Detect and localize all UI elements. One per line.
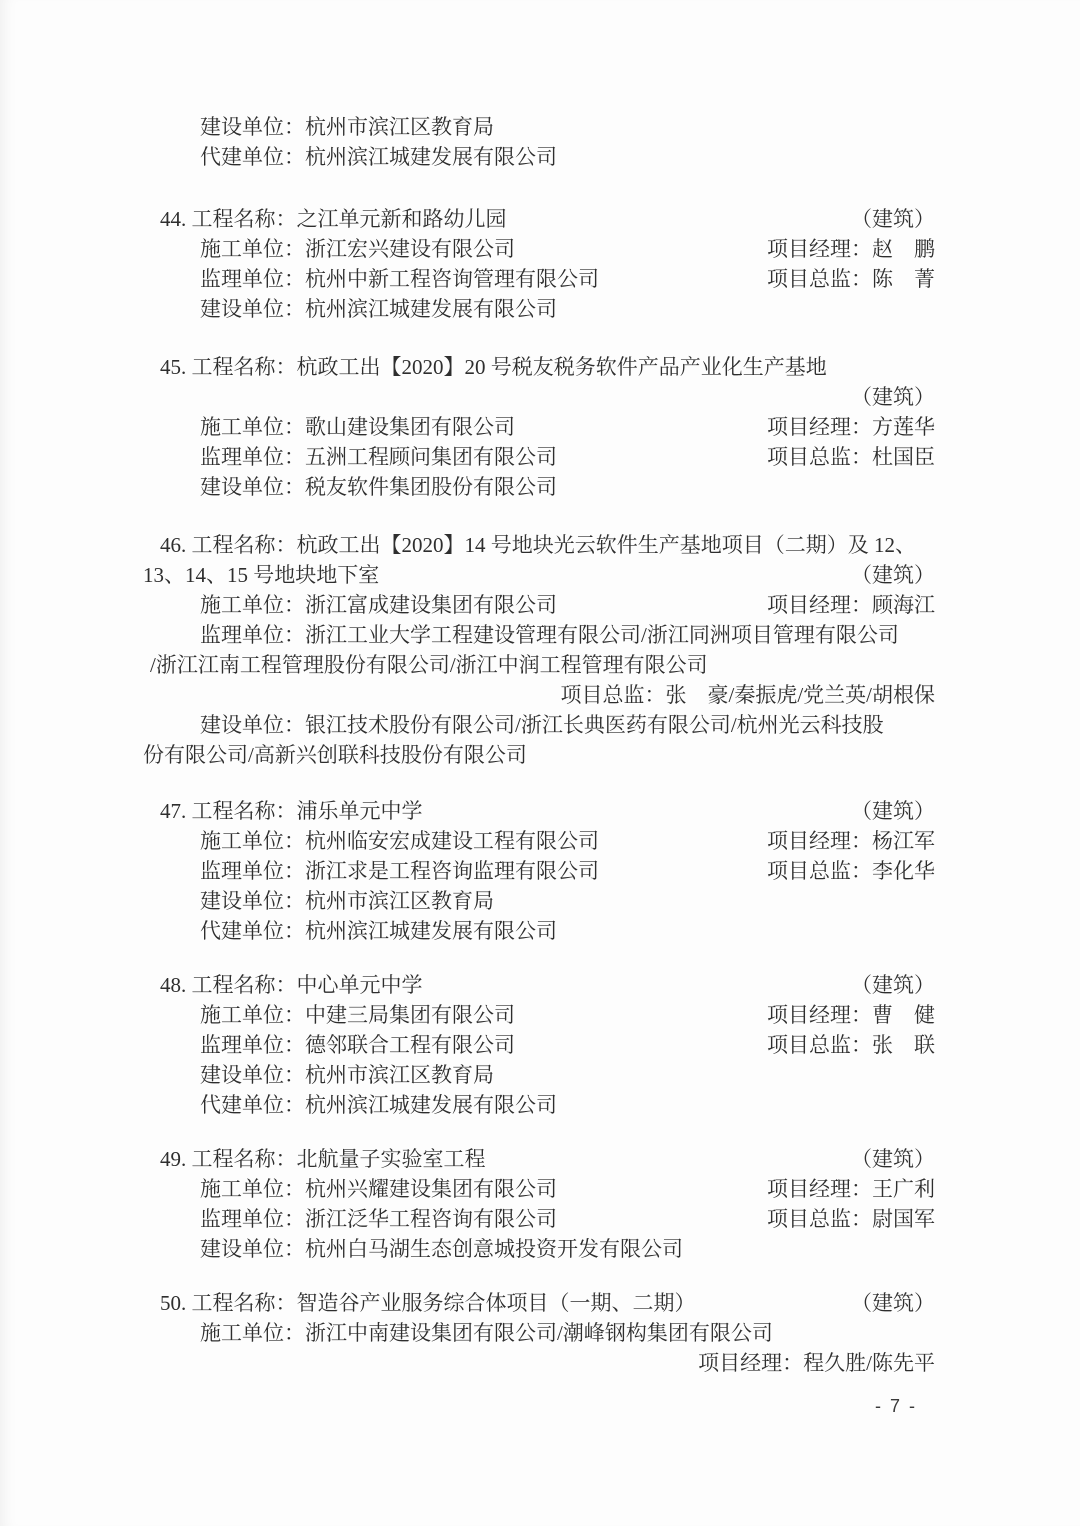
- project-field-row: 代建单位：杭州滨江城建发展有限公司: [143, 916, 935, 946]
- field-text: 建设单位：税友软件集团股份有限公司: [200, 472, 557, 502]
- project-title: 46. 工程名称：杭政工出【2020】14 号地块光云软件生产基地项目（二期）及…: [160, 530, 916, 560]
- field-text: 监理单位：浙江求是工程咨询监理有限公司: [200, 856, 599, 886]
- role-text: 项目经理：方莲华: [767, 412, 935, 442]
- project-category: （建筑）: [851, 1288, 935, 1318]
- project-field-row: 施工单位：中建三局集团有限公司 项目经理：曹 健: [143, 1000, 935, 1030]
- project-field-row: 建设单位：杭州滨江城建发展有限公司: [143, 294, 935, 324]
- role-text: 项目总监：尉国军: [767, 1204, 935, 1234]
- project-field-row: 施工单位：浙江中南建设集团有限公司/潮峰钢构集团有限公司: [143, 1318, 935, 1348]
- page-number: - 7 -: [143, 1396, 935, 1417]
- role-text: 项目经理：赵 鹏: [767, 234, 935, 264]
- project-field-row: 监理单位：五洲工程顾问集团有限公司 项目总监：杜国臣: [143, 442, 935, 472]
- field-text: 代建单位：杭州滨江城建发展有限公司: [200, 916, 557, 946]
- project-block-45: 45. 工程名称：杭政工出【2020】20 号税友税务软件产品产业化生产基地 （…: [143, 352, 935, 502]
- field-text: 监理单位：浙江工业大学工程建设管理有限公司/浙江同洲项目管理有限公司: [200, 620, 899, 650]
- field-text: 建设单位：杭州市滨江区教育局: [200, 886, 494, 916]
- project-category: （建筑）: [851, 1144, 935, 1174]
- project-field-row: 建设单位：杭州白马湖生态创意城投资开发有限公司: [143, 1234, 935, 1264]
- project-field-row: 建设单位：杭州市滨江区教育局: [143, 1060, 935, 1090]
- project-block-48: 48. 工程名称：中心单元中学 （建筑） 施工单位：中建三局集团有限公司 项目经…: [143, 970, 935, 1120]
- field-text: 施工单位：中建三局集团有限公司: [200, 1000, 515, 1030]
- role-text: 项目总监：张 豪/秦振虎/党兰英/胡根保: [560, 680, 935, 710]
- role-text: 项目经理：曹 健: [767, 1000, 935, 1030]
- carryover-line: 建设单位：杭州市滨江区教育局: [143, 112, 935, 142]
- role-text: 项目总监：张 联: [767, 1030, 935, 1060]
- field-text: 建设单位：杭州市滨江区教育局: [200, 1060, 494, 1090]
- project-category: （建筑）: [851, 382, 935, 412]
- carryover-block: 建设单位：杭州市滨江区教育局 代建单位：杭州滨江城建发展有限公司: [143, 112, 935, 172]
- field-text: 代建单位：杭州滨江城建发展有限公司: [200, 142, 557, 172]
- project-role-row: 项目经理：程久胜/陈先平: [143, 1348, 935, 1378]
- project-field-row: 监理单位：杭州中新工程咨询管理有限公司 项目总监：陈 菁: [143, 264, 935, 294]
- project-category: （建筑）: [851, 204, 935, 234]
- field-text: 建设单位：杭州市滨江区教育局: [200, 112, 494, 142]
- project-field-row: 监理单位：德邻联合工程有限公司 项目总监：张 联: [143, 1030, 935, 1060]
- field-text: 监理单位：五洲工程顾问集团有限公司: [200, 442, 557, 472]
- project-title: 47. 工程名称：浦乐单元中学: [160, 796, 423, 826]
- field-text: 施工单位：浙江中南建设集团有限公司/潮峰钢构集团有限公司: [200, 1318, 773, 1348]
- field-text: 建设单位：杭州滨江城建发展有限公司: [200, 294, 557, 324]
- project-field-row: 代建单位：杭州滨江城建发展有限公司: [143, 1090, 935, 1120]
- field-text: 代建单位：杭州滨江城建发展有限公司: [200, 1090, 557, 1120]
- project-title: 44. 工程名称：之江单元新和路幼儿园: [160, 204, 507, 234]
- role-text: 项目总监：陈 菁: [767, 264, 935, 294]
- project-title-wrap-row: 13、14、15 号地块地下室 （建筑）: [143, 560, 935, 590]
- project-field-row: 监理单位：浙江工业大学工程建设管理有限公司/浙江同洲项目管理有限公司: [143, 620, 935, 650]
- project-title-row: 46. 工程名称：杭政工出【2020】14 号地块光云软件生产基地项目（二期）及…: [143, 530, 935, 560]
- field-text: 监理单位：杭州中新工程咨询管理有限公司: [200, 264, 599, 294]
- project-title-continued: 13、14、15 号地块地下室: [143, 560, 379, 590]
- project-block-44: 44. 工程名称：之江单元新和路幼儿园 （建筑） 施工单位：浙江宏兴建设有限公司…: [143, 204, 935, 324]
- field-text: 建设单位：杭州白马湖生态创意城投资开发有限公司: [200, 1234, 683, 1264]
- project-block-46: 46. 工程名称：杭政工出【2020】14 号地块光云软件生产基地项目（二期）及…: [143, 530, 935, 770]
- project-field-row: 建设单位：杭州市滨江区教育局: [143, 886, 935, 916]
- project-category: （建筑）: [851, 796, 935, 826]
- project-block-50: 50. 工程名称：智造谷产业服务综合体项目（一期、二期） （建筑） 施工单位：浙…: [143, 1288, 935, 1378]
- role-text: 项目经理：王广利: [767, 1174, 935, 1204]
- project-category: （建筑）: [851, 970, 935, 1000]
- document-page: 建设单位：杭州市滨江区教育局 代建单位：杭州滨江城建发展有限公司 44. 工程名…: [0, 0, 1080, 1526]
- project-block-49: 49. 工程名称：北航量子实验室工程 （建筑） 施工单位：杭州兴耀建设集团有限公…: [143, 1144, 935, 1264]
- project-block-47: 47. 工程名称：浦乐单元中学 （建筑） 施工单位：杭州临安宏成建设工程有限公司…: [143, 796, 935, 946]
- project-field-row: 建设单位：税友软件集团股份有限公司: [143, 472, 935, 502]
- project-field-row: 施工单位：歌山建设集团有限公司 项目经理：方莲华: [143, 412, 935, 442]
- field-text: 施工单位：歌山建设集团有限公司: [200, 412, 515, 442]
- project-field-wrap-row: 份有限公司/高新兴创联科技股份有限公司: [143, 740, 935, 770]
- project-field-row: 施工单位：杭州兴耀建设集团有限公司 项目经理：王广利: [143, 1174, 935, 1204]
- project-title-row: 45. 工程名称：杭政工出【2020】20 号税友税务软件产品产业化生产基地: [143, 352, 935, 382]
- project-title: 50. 工程名称：智造谷产业服务综合体项目（一期、二期）: [160, 1288, 696, 1318]
- project-field-row: 施工单位：浙江宏兴建设有限公司 项目经理：赵 鹏: [143, 234, 935, 264]
- project-title-row: 50. 工程名称：智造谷产业服务综合体项目（一期、二期） （建筑）: [143, 1288, 935, 1318]
- project-title-row: 47. 工程名称：浦乐单元中学 （建筑）: [143, 796, 935, 826]
- project-title: 45. 工程名称：杭政工出【2020】20 号税友税务软件产品产业化生产基地: [160, 352, 827, 382]
- field-text: 施工单位：浙江宏兴建设有限公司: [200, 234, 515, 264]
- project-category-row: （建筑）: [143, 382, 935, 412]
- field-text: 施工单位：杭州临安宏成建设工程有限公司: [200, 826, 599, 856]
- project-field-row: 监理单位：浙江泛华工程咨询有限公司 项目总监：尉国军: [143, 1204, 935, 1234]
- carryover-line: 代建单位：杭州滨江城建发展有限公司: [143, 142, 935, 172]
- project-role-row: 项目总监：张 豪/秦振虎/党兰英/胡根保: [143, 680, 935, 710]
- project-field-row: 施工单位：杭州临安宏成建设工程有限公司 项目经理：杨江军: [143, 826, 935, 856]
- project-field-wrap-row: /浙江江南工程管理股份有限公司/浙江中润工程管理有限公司: [143, 650, 935, 680]
- role-text: 项目总监：李化华: [767, 856, 935, 886]
- field-text-continued: /浙江江南工程管理股份有限公司/浙江中润工程管理有限公司: [150, 650, 708, 680]
- role-text: 项目经理：杨江军: [767, 826, 935, 856]
- project-field-row: 施工单位：浙江富成建设集团有限公司 项目经理：顾海江: [143, 590, 935, 620]
- project-title-row: 49. 工程名称：北航量子实验室工程 （建筑）: [143, 1144, 935, 1174]
- project-title-row: 44. 工程名称：之江单元新和路幼儿园 （建筑）: [143, 204, 935, 234]
- project-title: 48. 工程名称：中心单元中学: [160, 970, 423, 1000]
- field-text: 施工单位：杭州兴耀建设集团有限公司: [200, 1174, 557, 1204]
- role-text: 项目经理：顾海江: [767, 590, 935, 620]
- role-text: 项目经理：程久胜/陈先平: [698, 1348, 935, 1378]
- project-field-row: 监理单位：浙江求是工程咨询监理有限公司 项目总监：李化华: [143, 856, 935, 886]
- project-title-row: 48. 工程名称：中心单元中学 （建筑）: [143, 970, 935, 1000]
- field-text-continued: 份有限公司/高新兴创联科技股份有限公司: [143, 740, 527, 770]
- field-text: 监理单位：浙江泛华工程咨询有限公司: [200, 1204, 557, 1234]
- project-title: 49. 工程名称：北航量子实验室工程: [160, 1144, 486, 1174]
- project-category: （建筑）: [851, 560, 935, 590]
- field-text: 施工单位：浙江富成建设集团有限公司: [200, 590, 557, 620]
- field-text: 监理单位：德邻联合工程有限公司: [200, 1030, 515, 1060]
- project-field-row: 建设单位：银江技术股份有限公司/浙江长典医药有限公司/杭州光云科技股: [143, 710, 935, 740]
- role-text: 项目总监：杜国臣: [767, 442, 935, 472]
- field-text: 建设单位：银江技术股份有限公司/浙江长典医药有限公司/杭州光云科技股: [200, 710, 884, 740]
